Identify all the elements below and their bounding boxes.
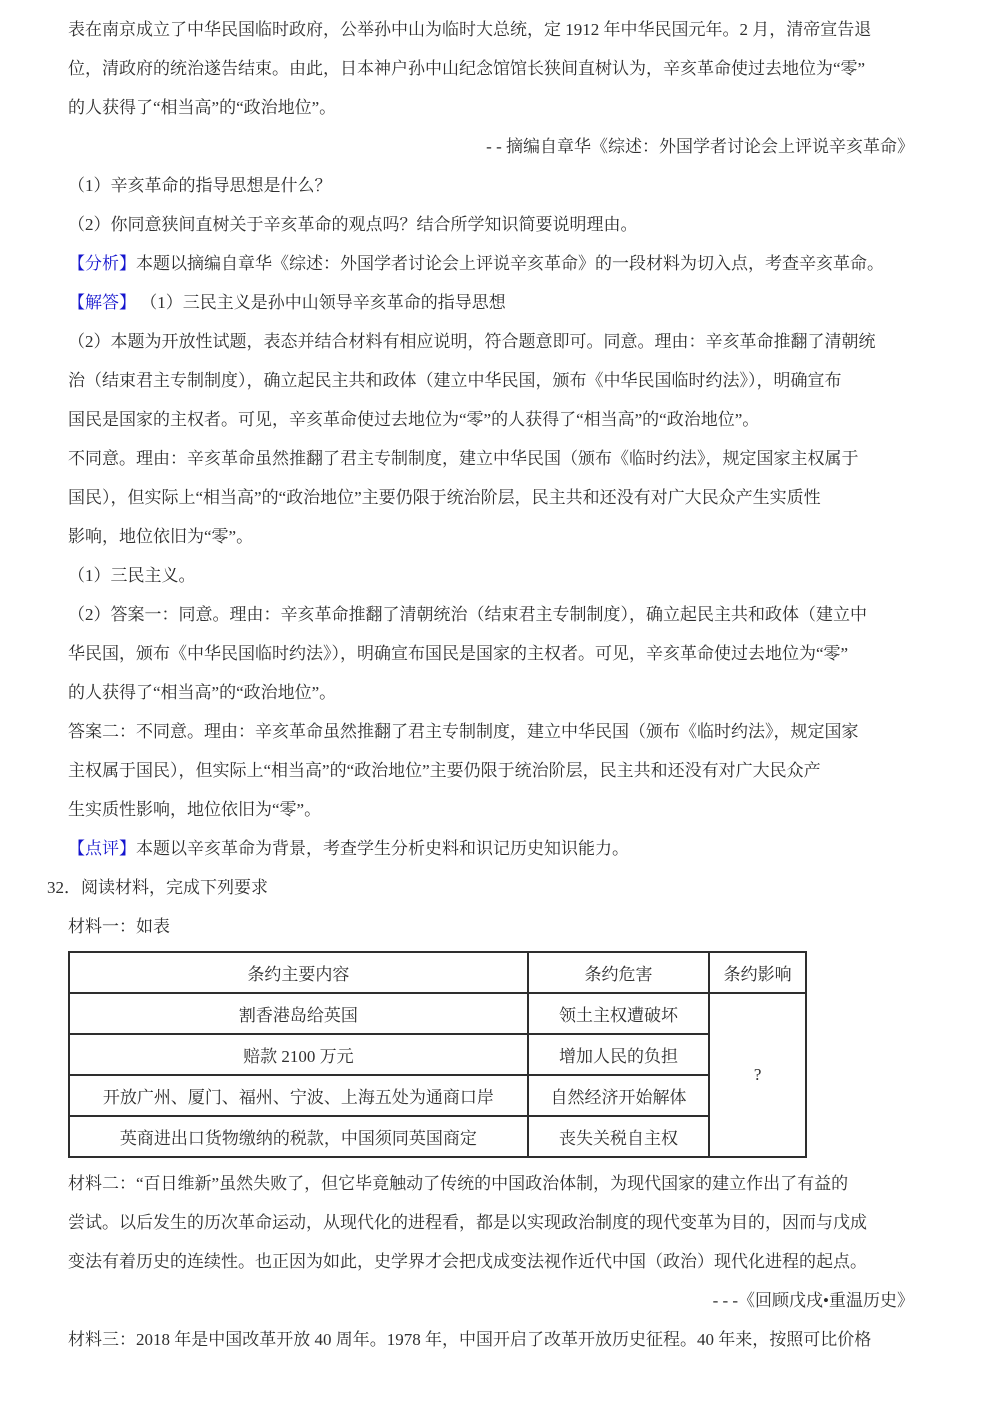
answer-line: 生实质性影响，地位依旧为“零”。 <box>68 790 914 829</box>
cell-content: 赔款 2100 万元 <box>69 1034 528 1075</box>
answer-line: 答案二：不同意。理由：辛亥革命虽然推翻了君主专制制度，建立中华民国（颁布《临时约… <box>68 712 914 751</box>
table-row: 开放广州、厦门、福州、宁波、上海五处为通商口岸 自然经济开始解体 <box>69 1075 806 1116</box>
cell-harm: 领土主权遭破坏 <box>528 993 709 1034</box>
cell-content: 英商进出口货物缴纳的税款，中国须同英国商定 <box>69 1116 528 1157</box>
material-2-citation: - - -《回顾戊戌•重温历史》 <box>68 1281 914 1320</box>
answer-line: 主权属于国民），但实际上“相当高”的“政治地位”主要仍限于统治阶层，民主共和还没… <box>68 751 914 790</box>
answer-first-text: （1）三民主义是孙中山领导辛亥革命的指导思想 <box>140 293 506 312</box>
material-1-label: 材料一：如表 <box>68 907 914 946</box>
material-2-line: 材料二：“百日维新”虽然失败了，但它毕竟触动了传统的中国政治体制，为现代国家的建… <box>68 1164 914 1203</box>
answer-line: 华民国，颁布《中华民国临时约法》），明确宣布国民是国家的主权者。可见，辛亥革命使… <box>68 634 914 673</box>
answer-label: 【解答】 <box>68 293 136 312</box>
answer-line: 治（结束君主专制制度），确立起民主共和政体（建立中华民国，颁布《中华民国临时约法… <box>68 361 914 400</box>
cell-harm: 增加人民的负担 <box>528 1034 709 1075</box>
header-treaty-content: 条约主要内容 <box>69 952 528 993</box>
cell-influence-placeholder: ? <box>709 993 806 1157</box>
answer-first-line: 【解答】 （1）三民主义是孙中山领导辛亥革命的指导思想 <box>68 283 914 322</box>
answer-line: 影响，地位依旧为“零”。 <box>68 517 914 556</box>
cell-harm: 自然经济开始解体 <box>528 1075 709 1116</box>
question-32-heading: 32．阅读材料，完成下列要求 <box>47 868 914 907</box>
comment-label: 【点评】 <box>68 839 136 858</box>
answer-line: 国民是国家的主权者。可见，辛亥革命使过去地位为“零”的人获得了“相当高”的“政治… <box>68 400 914 439</box>
analysis-label: 【分析】 <box>68 254 136 273</box>
cell-content: 开放广州、厦门、福州、宁波、上海五处为通商口岸 <box>69 1075 528 1116</box>
cell-harm: 丧失关税自主权 <box>528 1116 709 1157</box>
intro-line-3: 的人获得了“相当高”的“政治地位”。 <box>68 88 914 127</box>
header-treaty-influence: 条约影响 <box>709 952 806 993</box>
answer-line: （2）答案一：同意。理由：辛亥革命推翻了清朝统治（结束君主专制制度），确立起民主… <box>68 595 914 634</box>
analysis-text: 本题以摘编自章华《综述：外国学者讨论会上评说辛亥革命》的一段材料为切入点，考查辛… <box>136 254 884 273</box>
comment-line: 【点评】本题以辛亥革命为背景，考查学生分析史料和识记历史知识能力。 <box>68 829 914 868</box>
sub-question-1: （1）辛亥革命的指导思想是什么？ <box>68 166 914 205</box>
answer-line: 不同意。理由：辛亥革命虽然推翻了君主专制制度，建立中华民国（颁布《临时约法》，规… <box>68 439 914 478</box>
answer-line: （1）三民主义。 <box>68 556 914 595</box>
material-2-line: 变法有着历史的连续性。也正因为如此，史学界才会把戊成变法视作近代中国（政治）现代… <box>68 1242 914 1281</box>
intro-line-1: 表在南京成立了中华民国临时政府，公举孙中山为临时大总统，定 1912 年中华民国… <box>68 10 914 49</box>
table-row: 英商进出口货物缴纳的税款，中国须同英国商定 丧失关税自主权 <box>69 1116 806 1157</box>
material-2-line: 尝试。以后发生的历次革命运动，从现代化的进程看，都是以实现政治制度的现代变革为目… <box>68 1203 914 1242</box>
source-citation: - - 摘编自章华《综述：外国学者讨论会上评说辛亥革命》 <box>68 127 914 166</box>
sub-question-2: （2）你同意狭间直树关于辛亥革命的观点吗？结合所学知识简要说明理由。 <box>68 205 914 244</box>
material-3-line: 材料三：2018 年是中国改革开放 40 周年。1978 年，中国开启了改革开放… <box>68 1320 914 1359</box>
table-row: 割香港岛给英国 领土主权遭破坏 ? <box>69 993 806 1034</box>
document-page: 表在南京成立了中华民国临时政府，公举孙中山为临时大总统，定 1912 年中华民国… <box>0 0 992 1403</box>
answer-line: （2）本题为开放性试题，表态并结合材料有相应说明，符合题意即可。同意。理由：辛亥… <box>68 322 914 361</box>
analysis-line: 【分析】本题以摘编自章华《综述：外国学者讨论会上评说辛亥革命》的一段材料为切入点… <box>68 244 914 283</box>
cell-content: 割香港岛给英国 <box>69 993 528 1034</box>
intro-line-2: 位，清政府的统治遂告结束。由此，日本神户孙中山纪念馆馆长狭间直树认为，辛亥革命使… <box>68 49 914 88</box>
comment-text: 本题以辛亥革命为背景，考查学生分析史料和识记历史知识能力。 <box>136 839 629 858</box>
answer-line: 国民），但实际上“相当高”的“政治地位”主要仍限于统治阶层，民主共和还没有对广大… <box>68 478 914 517</box>
header-treaty-harm: 条约危害 <box>528 952 709 993</box>
answer-line: 的人获得了“相当高”的“政治地位”。 <box>68 673 914 712</box>
table-header-row: 条约主要内容 条约危害 条约影响 <box>69 952 806 993</box>
table-row: 赔款 2100 万元 增加人民的负担 <box>69 1034 806 1075</box>
treaty-table: 条约主要内容 条约危害 条约影响 割香港岛给英国 领土主权遭破坏 ? 赔款 21… <box>68 951 807 1158</box>
